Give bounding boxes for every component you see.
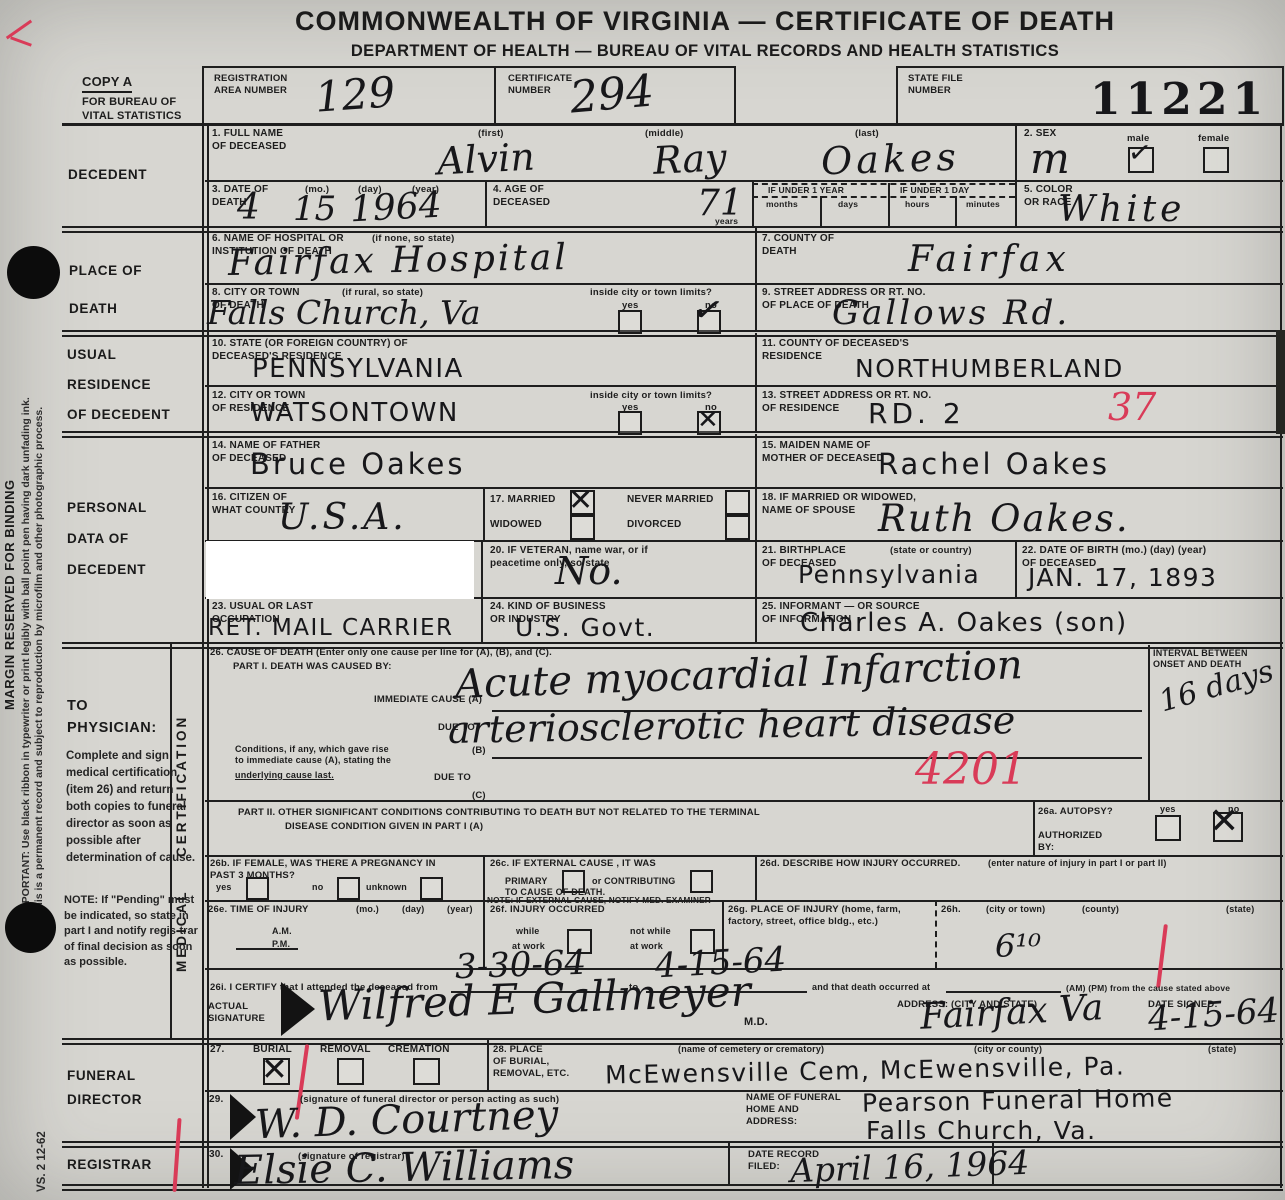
sex-female-checkbox (1203, 147, 1229, 173)
injury-mo-hint: (mo.) (356, 904, 379, 915)
state2-hint: (state) (1208, 1044, 1236, 1055)
field-26h-number: 26h. (941, 904, 961, 916)
punch-hole-bottom (5, 902, 56, 953)
value-residence-county: NORTHUMBERLAND (855, 356, 1124, 381)
check-mark: ✓ (1126, 138, 1153, 169)
death-certificate-scan: MARGIN RESERVED FOR BINDING IMPORTANT: U… (0, 0, 1285, 1200)
physician-signature: Wilfred E Gallmeyer (317, 970, 751, 1027)
rule-v (1015, 540, 1017, 597)
rule-h (205, 180, 1283, 182)
value-dod-year: 1964 (349, 188, 442, 229)
scan-edge-shadow (1276, 330, 1285, 434)
red-annotation-37: 37 (1108, 388, 1156, 426)
value-last-name: Oakes (820, 138, 960, 181)
value-birthplace: Pennsylvania (798, 562, 980, 587)
value-residence-street: RD. 2 (868, 400, 965, 428)
county-hint: (county) (1082, 904, 1119, 915)
field-married-label: 17. MARRIED (490, 494, 556, 507)
under-1-year-label: IF UNDER 1 YEAR (768, 185, 844, 196)
value-date-filed: April 16, 1964 (789, 1146, 1029, 1187)
rule-cause-line-b (492, 757, 1142, 759)
rule-v (1148, 645, 1150, 800)
divorced-checkbox (725, 515, 750, 540)
injury-year-hint: (year) (447, 904, 473, 915)
registrar-signature: Elsie C. Williams (234, 1145, 575, 1191)
rule-v (755, 855, 757, 900)
section-label-place-of-death: PLACE OF DEATH (69, 252, 142, 328)
pregnancy-unknown-label: unknown (366, 882, 407, 893)
field-30-number: 30. (209, 1149, 224, 1162)
section-label-registrar: REGISTRAR (67, 1150, 152, 1180)
value-spouse: Ruth Oakes. (878, 500, 1130, 537)
rule-v (483, 487, 485, 540)
section-label-to-physician: TO PHYSICIAN: (67, 695, 157, 739)
value-sex: m (1030, 138, 1070, 180)
value-county-of-death: Fairfax (908, 242, 1071, 278)
rule-v (202, 123, 209, 1188)
rule-h (205, 855, 1283, 857)
rule-v (1033, 800, 1035, 855)
rule-v (494, 66, 496, 124)
actual-signature-label: ACTUAL SIGNATURE (208, 1001, 265, 1025)
pregnancy-no-checkbox (337, 877, 360, 900)
widowed-checkbox (570, 515, 595, 540)
state-file-value: 11221 (1090, 74, 1268, 125)
redaction-box (206, 541, 474, 599)
red-check-stroke (1156, 924, 1168, 988)
death-occurred-label: and that death occurred at (812, 982, 930, 993)
value-mother: Rachel Oakes (878, 450, 1110, 479)
under-1-day-label: IF UNDER 1 DAY (900, 185, 970, 196)
field-mother-label: 15. MAIDEN NAME OF MOTHER OF DECEASED (762, 440, 884, 465)
rule-h (62, 431, 1283, 438)
rule-v (728, 1143, 730, 1184)
widowed-label: WIDOWED (490, 519, 542, 532)
value-veteran: No. (555, 552, 623, 590)
city-limits-label: inside city or town limits? (590, 287, 712, 299)
minutes-label: minutes (966, 199, 1000, 210)
rule-h (205, 900, 1283, 902)
field-time-of-injury-label: 26e. TIME OF INJURY (208, 904, 309, 916)
punch-hole-top (7, 246, 60, 299)
value-death-time: 6¹⁰ (995, 930, 1041, 962)
rule-h (205, 487, 1283, 489)
x-mark: ✕ (568, 486, 593, 516)
injury-day-hint: (day) (402, 904, 425, 915)
never-married-checkbox (725, 490, 750, 515)
field-injury-occurred-work-label: 26f. INJURY OCCURRED (490, 904, 605, 916)
rule-v (755, 487, 757, 540)
red-pen-scribble-2 (10, 36, 32, 46)
hours-label: hours (905, 199, 930, 210)
value-hospital: Fairfax Hospital (228, 240, 569, 282)
age-years-label: years (715, 216, 738, 227)
rule-v (755, 228, 757, 331)
contributing-label: or CONTRIBUTING (592, 876, 676, 887)
rule-v (755, 333, 757, 432)
section-label-medical-certification: MEDICAL CERTIFICATION (174, 652, 202, 1034)
x-mark: ✕ (261, 1053, 288, 1085)
red-registrar-stroke (172, 1118, 181, 1192)
value-residence-state: PENNSYLVANIA (252, 356, 464, 382)
field-27-number: 27. (210, 1044, 225, 1057)
rule-v (487, 1040, 489, 1090)
value-date-signed: 4-15-64 (1147, 993, 1280, 1036)
rule-h (62, 123, 1283, 126)
registration-area-value: 129 (314, 71, 397, 118)
cremation-checkbox (413, 1058, 440, 1085)
field-place-of-injury-label: 26g. PLACE OF INJURY (home, farm, factor… (728, 904, 901, 928)
value-informant: Charles A. Oakes (son) (800, 610, 1128, 636)
registration-area-label: REGISTRATION AREA NUMBER (214, 73, 287, 97)
section-label-usual-residence: USUAL RESIDENCE OF DECEDENT (67, 340, 170, 430)
field-place-of-burial-label: 28. PLACE OF BURIAL, REMOVAL, ETC. (493, 1044, 569, 1080)
months-label: months (766, 199, 798, 210)
autopsy-yes-checkbox (1155, 815, 1181, 841)
days-label: days (838, 199, 858, 210)
value-residence-city: WATSONTOWN (250, 400, 459, 426)
value-dod-month: 4 (237, 190, 260, 226)
rule-v (752, 180, 754, 228)
residence-limits-label: inside city or town limits? (590, 390, 712, 402)
value-funeral-home-city: Falls Church, Va. (866, 1118, 1097, 1143)
margin-important-text: IMPORTANT: Use black ribbon in typewrite… (20, 300, 32, 915)
section-label-decedent: DECEDENT (68, 160, 147, 190)
contributing-checkbox (690, 870, 713, 893)
x-mark: ✕ (697, 407, 719, 433)
red-pen-scribble (6, 20, 32, 40)
city-or-town-hint: (city or town) (986, 904, 1045, 915)
value-color-race: White (1058, 192, 1185, 228)
field-full-name-label: 1. FULL NAME OF DECEASED (212, 128, 286, 153)
primary-label: PRIMARY (505, 876, 548, 887)
field-pregnancy-label: 26b. IF FEMALE, WAS THERE A PREGNANCY IN… (210, 858, 436, 882)
value-middle-name: Ray (652, 138, 727, 180)
value-father: Bruce Oakes (250, 450, 466, 479)
rule-v-dashed (935, 900, 937, 968)
removal-label: REMOVAL (320, 1044, 371, 1057)
pregnancy-yes-label: yes (216, 882, 232, 893)
page-title: COMMONWEALTH OF VIRGINIA — CERTIFICATE O… (205, 6, 1205, 37)
rule-h-dashed (752, 196, 1015, 198)
value-place-of-burial: McEwensville Cem, McEwensville, Pa. (605, 1053, 1126, 1087)
injury-nature-hint: (enter nature of injury in part I or par… (988, 858, 1167, 869)
form-number: VS. 2 12-62 (36, 1090, 48, 1192)
autopsy-yes-label: yes (1160, 804, 1176, 815)
limits-yes-checkbox (618, 310, 642, 334)
signature-arrow-icon (281, 982, 315, 1036)
pregnancy-unknown-checkbox (420, 877, 443, 900)
funeral-home-label: NAME OF FUNERAL HOME AND ADDRESS: (746, 1092, 841, 1128)
value-first-name: Alvin (436, 137, 536, 180)
value-occupation: RET. MAIL CARRIER (208, 617, 454, 640)
cremation-label: CREMATION (388, 1044, 450, 1057)
copy-a-sublabel: FOR BUREAU OF VITAL STATISTICS (82, 95, 182, 123)
cause-c-label: (C) (472, 790, 486, 802)
never-married-label: NEVER MARRIED (627, 494, 714, 507)
field-injury-occurred-label: 26d. DESCRIBE HOW INJURY OCCURRED. (760, 858, 961, 870)
part2-label-line1: PART II. OTHER SIGNIFICANT CONDITIONS CO… (238, 807, 760, 819)
funeral-director-signature: W. D. Courtney (254, 1095, 559, 1146)
pregnancy-no-label: no (312, 882, 323, 893)
rule-v (755, 597, 757, 643)
check-mark: ✓ (690, 290, 727, 331)
margin-permanent-text: This is a permanent record and subject t… (33, 300, 45, 915)
rule-v (755, 540, 757, 597)
funeral-signature-arrow-icon (230, 1094, 256, 1140)
value-city-of-death: Falls Church, Va (207, 296, 481, 329)
birthplace-hint: (state or country) (890, 545, 972, 557)
rule-v (485, 180, 487, 228)
value-citizen: U.S.A. (278, 500, 407, 536)
x-mark: ✕ (1209, 804, 1239, 840)
value-dod-day: 15 (293, 192, 336, 226)
value-street-of-death: Gallows Rd. (832, 296, 1070, 330)
sex-female-label: female (1198, 133, 1229, 145)
field-autopsy-label: 26a. AUTOPSY? (1038, 806, 1113, 818)
rule-v (820, 196, 822, 228)
divorced-label: DIVORCED (627, 519, 681, 532)
conditions-label: Conditions, if any, which gave rise to i… (235, 744, 391, 767)
certificate-number-label: CERTIFICATE NUMBER (508, 73, 572, 97)
rule-v (888, 183, 890, 228)
rule-h (205, 800, 1283, 802)
section-label-funeral-director: FUNERAL DIRECTOR (67, 1064, 142, 1112)
field-age-label: 4. AGE OF DECEASED (493, 184, 550, 209)
while-label: while (516, 926, 540, 937)
state-file-label: STATE FILE NUMBER (908, 73, 963, 97)
cemetery-hint: (name of cemetery or crematory) (678, 1044, 824, 1055)
field-county-of-death-label: 7. COUNTY OF DEATH (762, 233, 834, 258)
value-business: U.S. Govt. (515, 615, 655, 640)
rule-v (483, 855, 485, 900)
conditions-underlined-label: underlying cause last. (235, 770, 334, 781)
rule-ampm-line (236, 948, 298, 950)
authorized-by-label: AUTHORIZED BY: (1038, 830, 1102, 854)
value-death-address: Fairfax Va (919, 990, 1104, 1036)
rule-v (955, 196, 957, 228)
not-while-label: not while (630, 926, 671, 937)
rule-v (1280, 123, 1282, 1188)
rule-v (481, 597, 483, 643)
am-label: A.M. (272, 926, 292, 937)
rule-v (481, 540, 483, 597)
certificate-number-value: 294 (568, 69, 655, 120)
removal-checkbox (337, 1058, 364, 1085)
part2-label-line2: DISEASE CONDITION GIVEN IN PART I (A) (285, 821, 483, 833)
margin-binding-text: MARGIN RESERVED FOR BINDING (2, 470, 17, 710)
field-external-cause-label: 26c. IF EXTERNAL CAUSE , IT WAS (490, 858, 656, 870)
rule-v (755, 434, 757, 488)
field-29-number: 29. (209, 1094, 224, 1107)
rule-v (170, 642, 172, 1038)
cause-part1-label: PART I. DEATH WAS CAUSED BY: (233, 661, 392, 673)
red-code-4201: 4201 (915, 748, 1027, 792)
section-label-personal-data: PERSONAL DATA OF DECEDENT (67, 492, 147, 585)
pregnancy-yes-checkbox (246, 877, 269, 900)
value-date-of-birth: JAN. 17, 1893 (1028, 565, 1217, 590)
state-hint: (state) (1226, 904, 1254, 915)
md-label: M.D. (744, 1016, 768, 1030)
due-to2-label: DUE TO (434, 772, 471, 784)
rule-h (205, 283, 1283, 285)
rule-v (1015, 123, 1017, 228)
page-subtitle: DEPARTMENT OF HEALTH — BUREAU OF VITAL R… (205, 42, 1205, 61)
residence-yes-checkbox (618, 411, 642, 435)
copy-a-label: COPY A (82, 74, 132, 93)
rule-h (62, 1038, 1283, 1045)
value-cause-b: arteriosclerotic heart disease (448, 701, 1016, 749)
value-funeral-home: Pearson Funeral Home (862, 1085, 1174, 1115)
